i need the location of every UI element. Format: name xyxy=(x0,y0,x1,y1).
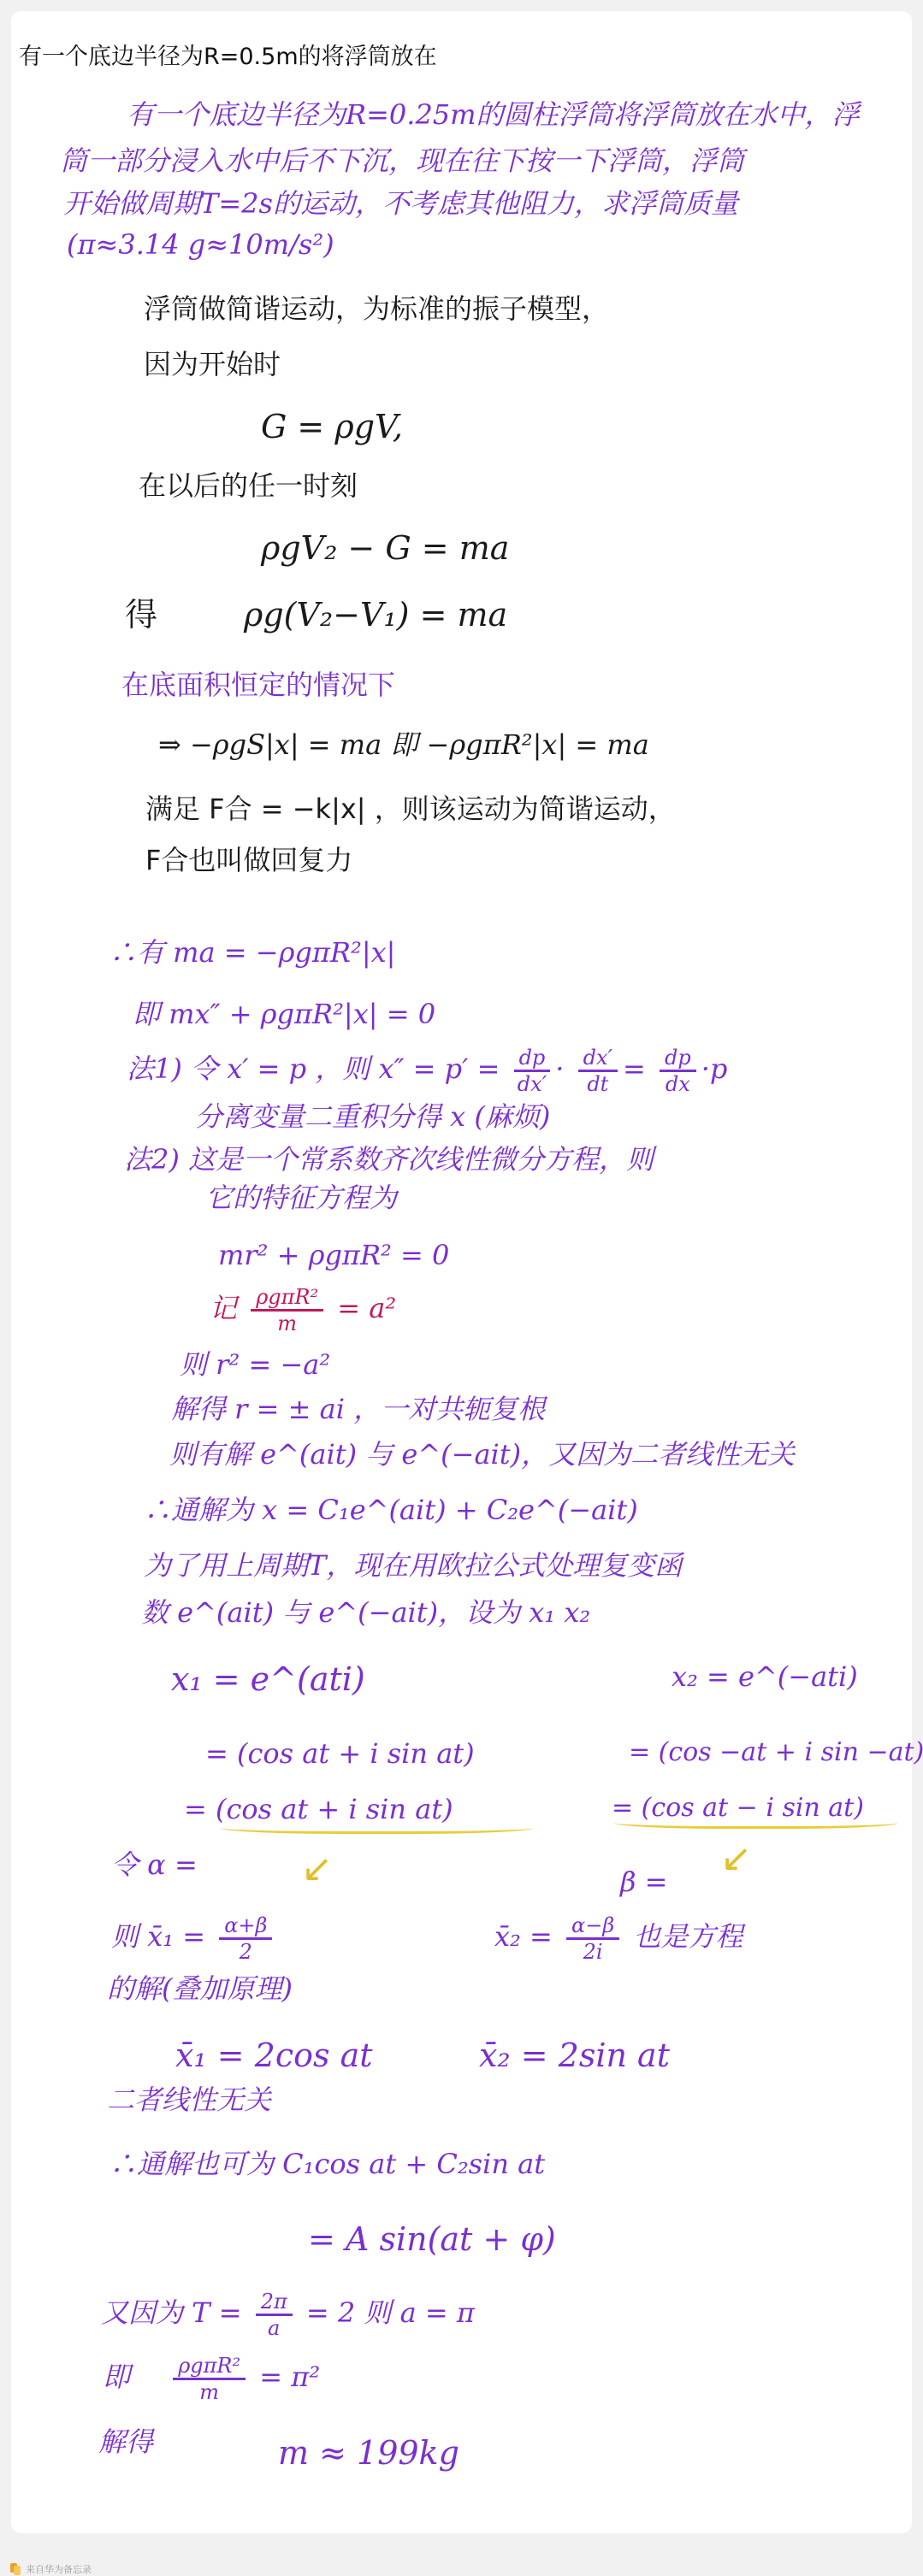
problem-line-4: (π≈3.14 g≈10m/s²) xyxy=(67,231,334,258)
x2-definition: x₂ = e^(−ati) xyxy=(672,1663,858,1690)
highlight-underline-beta xyxy=(614,1814,898,1829)
solution-line-6: 它的特征方程为 xyxy=(205,1184,397,1211)
problem-line-1: 有一个底边半径为R=0.25m的圆柱浮筒将浮筒放在水中，浮 xyxy=(127,101,860,128)
x1-bar-cos: x̄₁ = 2cos at xyxy=(175,2039,373,2072)
general-solution: ∴通解为 x = C₁e^(ait) + C₂e^(−ait) xyxy=(144,1496,638,1524)
characteristic-equation: mr² + ρgπR² = 0 xyxy=(218,1241,449,1269)
solution-line-5: 法2) 这是一个常系数齐次线性微分方程，则 xyxy=(124,1146,654,1173)
x2-euler: = (cos −at + i sin −at) xyxy=(629,1740,923,1765)
problem-line-2: 筒一部分浸入水中后不下沉，现在往下按一下浮筒，浮筒 xyxy=(60,147,744,174)
solution-line-20: 的解(叠加原理) xyxy=(107,1975,293,2002)
substitution-line: 记 ρgπR²m = a² xyxy=(210,1287,396,1334)
analysis-line-3: 在以后的任一时刻 xyxy=(139,472,358,499)
analysis-line-4: 在底面积恒定的情况下 xyxy=(121,671,395,699)
equation-gravity: G = ρgV, xyxy=(261,410,403,443)
equation-result-label: 得 xyxy=(125,598,157,631)
method1-text: 法1) 令 x′ = p ，则 x″ = p′ = xyxy=(127,1052,500,1085)
x1-definition: x₁ = e^(ati) xyxy=(171,1663,365,1695)
solution-line-11: 则有解 e^(ait) 与 e^(−ait)，又因为二者线性无关 xyxy=(169,1441,795,1468)
equation-newton: ρgV₂ − G = ma xyxy=(261,532,509,564)
answer-value: m ≈ 199kg xyxy=(278,2437,459,2469)
solution-line-22: 二者线性无关 xyxy=(107,2086,271,2113)
period-equation: 又因为 T = 2πa = 2 则 a = π xyxy=(101,2291,475,2338)
amplitude-form: = A sin(at + φ) xyxy=(308,2223,556,2255)
superposition-line-2: x̄₂ = α−β2i 也是方程 xyxy=(494,1915,743,1962)
analysis-line-6: F合也叫做回复力 xyxy=(145,846,352,874)
superposition-line: 则 x̄₁ = α+β2 xyxy=(111,1915,277,1962)
problem-line-3: 开始做周期T=2s的运动，不考虑其他阻力，求浮筒质量 xyxy=(63,190,738,217)
solution-line-1: ∴有 ma = −ρgπR²|x| xyxy=(109,939,395,966)
solution-line-9: 则 r² = −a² xyxy=(180,1351,330,1378)
answer-label: 解得 xyxy=(98,2428,153,2455)
equation-result: ρg(V₂−V₁) = ma xyxy=(244,598,507,631)
source-footer: 来自华为备忘录 xyxy=(10,2562,92,2576)
arrow-down-left-icon: ↙ xyxy=(301,1847,333,1890)
x2-bar-sin: x̄₂ = 2sin at xyxy=(479,2039,670,2072)
fraction-dx-dt: dx′dt xyxy=(578,1047,618,1094)
x1-euler: = (cos at + i sin at) xyxy=(205,1740,475,1767)
huawei-notes-icon xyxy=(10,2563,21,2575)
beta-definition: β = xyxy=(620,1868,667,1895)
solution-line-10: 解得 r = ± ai ，一对共轭复根 xyxy=(171,1395,545,1423)
mass-equation: 即 ρgπR²m = π² xyxy=(103,2355,320,2402)
solution-line-3: 法1) 令 x′ = p ，则 x″ = p′ = dpdx′· dx′dt= … xyxy=(127,1047,727,1094)
source-label: 来自华为备忘录 xyxy=(26,2562,92,2576)
solution-line-2: 即 mx″ + ρgπR²|x| = 0 xyxy=(133,1000,435,1028)
equation-restoring: ⇒ −ρgS|x| = ma 即 −ρgπR²|x| = ma xyxy=(158,731,649,758)
fraction-dp-dx-2: dpdx xyxy=(660,1047,696,1094)
solution-line-14: 数 e^(ait) 与 e^(−ait)，设为 x₁ x₂ xyxy=(141,1599,590,1626)
note-title: 有一个底边半径为R=0.5m的将浮筒放在 xyxy=(19,38,437,71)
highlight-underline-alpha xyxy=(221,1819,533,1834)
analysis-line-5: 满足 F合 = −k|x| ，则该运动为简谐运动， xyxy=(145,795,676,822)
analysis-line-1: 浮筒做简谐运动，为标准的振子模型， xyxy=(144,295,609,322)
general-solution-trig: ∴通解也可为 C₁cos at + C₂sin at xyxy=(109,2150,545,2178)
analysis-line-2: 因为开始时 xyxy=(144,351,281,378)
arrow-down-left-icon-2: ↙ xyxy=(720,1836,752,1880)
fraction-dp-dx: dpdx′ xyxy=(514,1047,551,1094)
solution-line-13: 为了用上周期T，现在用欧拉公式处理复变函 xyxy=(144,1552,682,1579)
solution-line-4: 分离变量二重积分得 x (麻烦) xyxy=(195,1103,550,1130)
alpha-definition: 令 α = xyxy=(111,1851,198,1878)
